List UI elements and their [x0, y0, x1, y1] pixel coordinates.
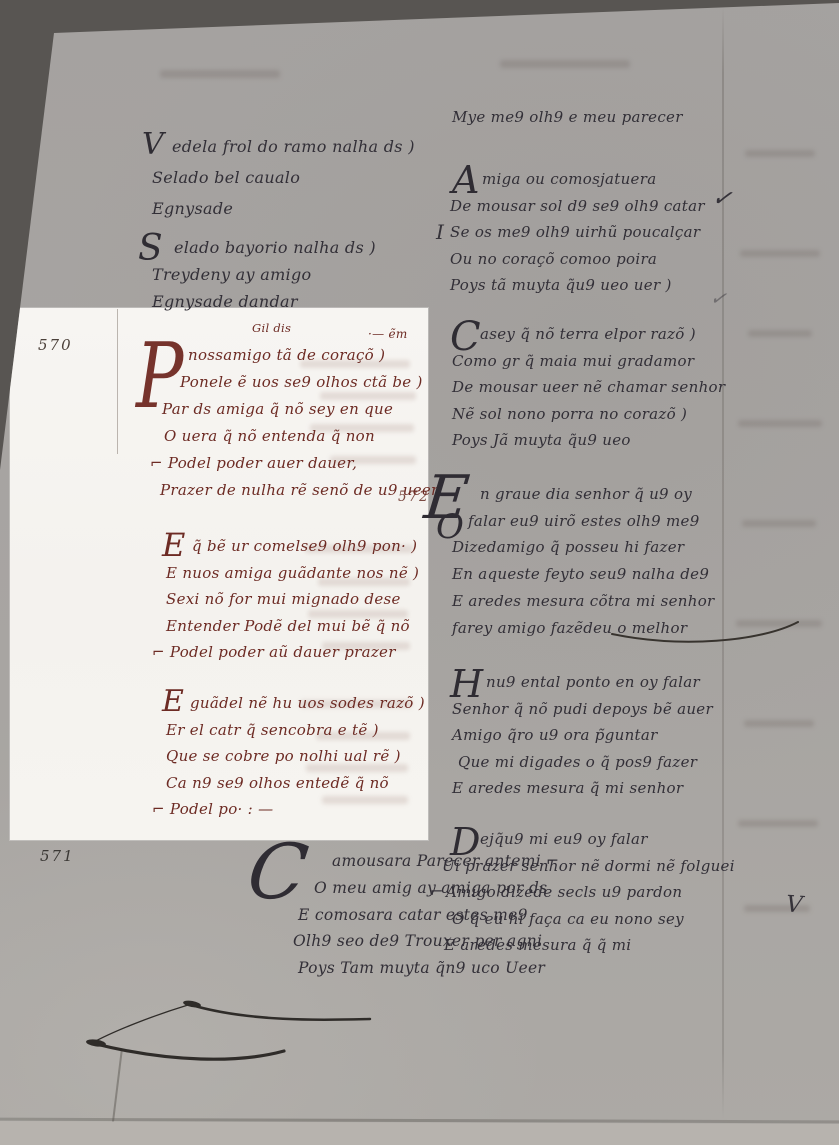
verse-line: Poys tã muyta q̃u9 ueo uer )	[450, 272, 705, 299]
corner-mark: ·— ẽm	[368, 327, 408, 341]
verse-line: Prazer de nulha rẽ senõ de u9 ueer	[160, 477, 439, 504]
verse-line: q̃ bẽ ur comelse9 olh9 pon· )	[166, 533, 419, 560]
manuscript-scan: 570 571 572 V edela frol do ramo nalha d…	[0, 0, 839, 1145]
verse-line: Par ds amiga q̃ nõ sey en que	[162, 396, 439, 423]
verse-line: farey amigo fazẽdeu o melhor	[452, 615, 715, 642]
verse-line: Dizedamigo q̃ posseu hi fazer	[452, 534, 715, 561]
manuscript-page: 570 571 572 V edela frol do ramo nalha d…	[0, 0, 839, 1145]
verse-line: guãdel nẽ hu uos sodes razõ )	[166, 690, 425, 717]
stanza-570-ii: q̃ bẽ ur comelse9 olh9 pon· ) E nuos ami…	[166, 533, 419, 666]
verse-line: Se os me9 olh9 uirhũ poucalçar	[450, 219, 705, 246]
verse-line: Senhor q̃ nõ pudi depoys bẽ auer	[452, 696, 713, 723]
verse-line: E aredes mesura q̃ mi senhor	[452, 775, 713, 802]
verse-line: Ca n9 se9 olhos entedẽ q̃ nõ	[166, 770, 425, 797]
check-mark-icon: ✓	[710, 183, 734, 214]
stanza-vedela: edela frol do ramo nalha ds ) Selado bel…	[152, 131, 415, 224]
verse-line: Amigo dizede secls u9 pardon	[446, 879, 735, 906]
verse-line: Que mi digades o q̃ pos9 fazer	[452, 749, 713, 776]
verse-line: Sexi nõ for mui mignado dese	[166, 586, 419, 613]
verse-line: En aqueste feyto seu9 nalha de9	[452, 561, 715, 588]
verse-line: Selado bel caualo	[152, 162, 415, 193]
verse-line: Poys Jã muyta q̃u9 ueo	[452, 427, 725, 454]
attribution-note: Gil dis	[252, 321, 291, 335]
stanza-570-iii: guãdel nẽ hu uos sodes razõ ) Er el catr…	[166, 690, 425, 823]
verse-line: nossamigo tã de coraçõ )	[176, 342, 439, 369]
verse-line: falar eu9 uirõ estes olh9 me9	[452, 508, 715, 535]
verse-line: miga ou comosjatuera	[450, 166, 705, 193]
verse-line: Egnysade	[152, 193, 415, 224]
verse-line: E nuos amiga guãdante nos nẽ )	[166, 560, 419, 587]
verse-line: Egnysade dandar	[152, 288, 376, 315]
verse-line: elado bayorio nalha ds )	[152, 234, 376, 261]
verse-line: Como gr q̃ maia mui gradamor	[452, 348, 725, 375]
verse-line: ⌐ Podel poder aũ dauer prazer	[152, 639, 419, 666]
verse-line: Ui prazer senhor nẽ dormi nẽ folguei	[442, 853, 735, 880]
margin-bracket-mark: ⌐	[430, 882, 443, 901]
verse-line: ⌐ Podel po· : —	[152, 796, 425, 823]
stanza-hnus: nu9 ental ponto en oy falar Senhor q̃ nõ…	[452, 669, 713, 802]
verse-line: Amigo q̃ro u9 ora p̃guntar	[452, 722, 713, 749]
verse-line: De mousar ueer nẽ chamar senhor	[452, 374, 725, 401]
verse-line: O q̃ eu hi faça ca eu nono sey	[452, 906, 735, 933]
verse-line: Treydeny ay amigo	[152, 261, 376, 288]
verse-line: E aredes mesura q̃ q̃ mi	[444, 932, 735, 959]
verse-line: edela frol do ramo nalha ds )	[152, 131, 415, 162]
verse-line: ejq̃u9 mi eu9 oy falar	[452, 826, 735, 853]
cantiga-number-570: 570	[38, 336, 73, 354]
verse-line: De mousar sol d9 se9 olh9 catar	[450, 193, 705, 220]
verse-line: Er el catr q̃ sencobra e tẽ )	[166, 717, 425, 744]
verse-line: Poys Tam muyta q̃n9 uco Ueer	[298, 955, 559, 982]
verse-line: E aredes mesura cõtra mi senhor	[452, 588, 715, 615]
verse-line: nu9 ental ponto en oy falar	[452, 669, 713, 696]
stanza-570: nossamigo tã de coraçõ ) Ponele ẽ uos se…	[176, 342, 439, 504]
lead-verse-line: Mye me9 olh9 e meu parecer	[452, 108, 683, 126]
verse-line: Que se cobre po nolhi ual rẽ )	[166, 743, 425, 770]
verse-line: Ou no coraçõ comoo poira	[450, 246, 705, 273]
verse-line: Entender Podẽ del mui bẽ q̃ nõ	[166, 613, 419, 640]
check-mark-icon: ✓	[708, 285, 728, 311]
verse-line: O uera q̃ nõ entenda q̃ non	[164, 423, 439, 450]
verse-line: n graue dia senhor q̃ u9 oy	[452, 481, 715, 508]
parchment-crack	[111, 1050, 122, 1128]
stanza-572: n graue dia senhor q̃ u9 oy falar eu9 ui…	[452, 481, 715, 641]
cantiga-number-571: 571	[40, 847, 75, 865]
margin-i-mark: I	[436, 220, 444, 244]
check-mark-icon: V	[785, 891, 803, 918]
stanza-amiga: miga ou comosjatuera De mousar sol d9 se…	[450, 166, 705, 299]
stanza-casey: asey q̃ nõ terra elpor razõ ) Como gr q̃…	[452, 321, 725, 454]
verse-line: Ponele ẽ uos se9 olhos ctã be )	[176, 369, 439, 396]
highlight-crease	[117, 309, 118, 454]
verse-line: asey q̃ nõ terra elpor razõ )	[452, 321, 725, 348]
verse-line: ⌐ Podel poder auer dauer,	[150, 450, 439, 477]
verse-line: Nẽ sol nono porra no corazõ )	[452, 401, 725, 428]
stanza-selado: elado bayorio nalha ds ) Treydeny ay ami…	[152, 234, 376, 315]
stanza-desque: ejq̃u9 mi eu9 oy falar Ui prazer senhor …	[452, 826, 735, 959]
